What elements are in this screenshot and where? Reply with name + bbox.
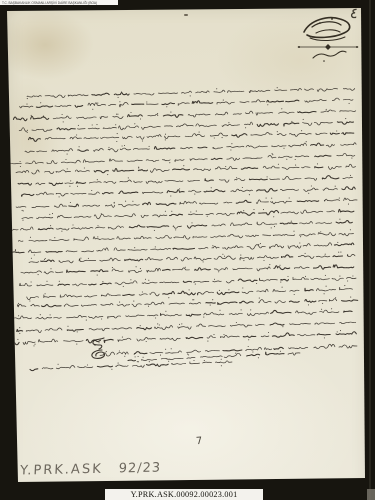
document-page: ٤ 7 Y.PRK.ASK92/23 [0,0,375,500]
archive-reference-number: 92/23 [118,461,161,477]
archive-reference-fonds: Y.PRK.ASK [20,462,103,479]
catalog-caption-strip: Y.PRK.ASK.00092.00023.001 [105,489,263,500]
paper-stain-speck [184,14,188,16]
archive-watermark-text: T.C. BAŞBAKANLIK OSMANLI ARŞİVİ DAİRE BA… [2,0,97,5]
page-number: 7 [196,436,203,448]
archive-reference-pencil: Y.PRK.ASK92/23 [20,461,162,479]
scanner-corner-notch [367,489,375,500]
letterhead-seal-icon [294,12,362,66]
archive-watermark-strip: T.C. BAŞBAKANLIK OSMANLI ARŞİVİ DAİRE BA… [0,0,120,6]
manuscript-handwriting [0,0,375,500]
signature-flourish [92,338,105,358]
scanner-edge-seam [369,0,371,500]
catalog-caption-text: Y.PRK.ASK.00092.00023.001 [131,490,238,499]
